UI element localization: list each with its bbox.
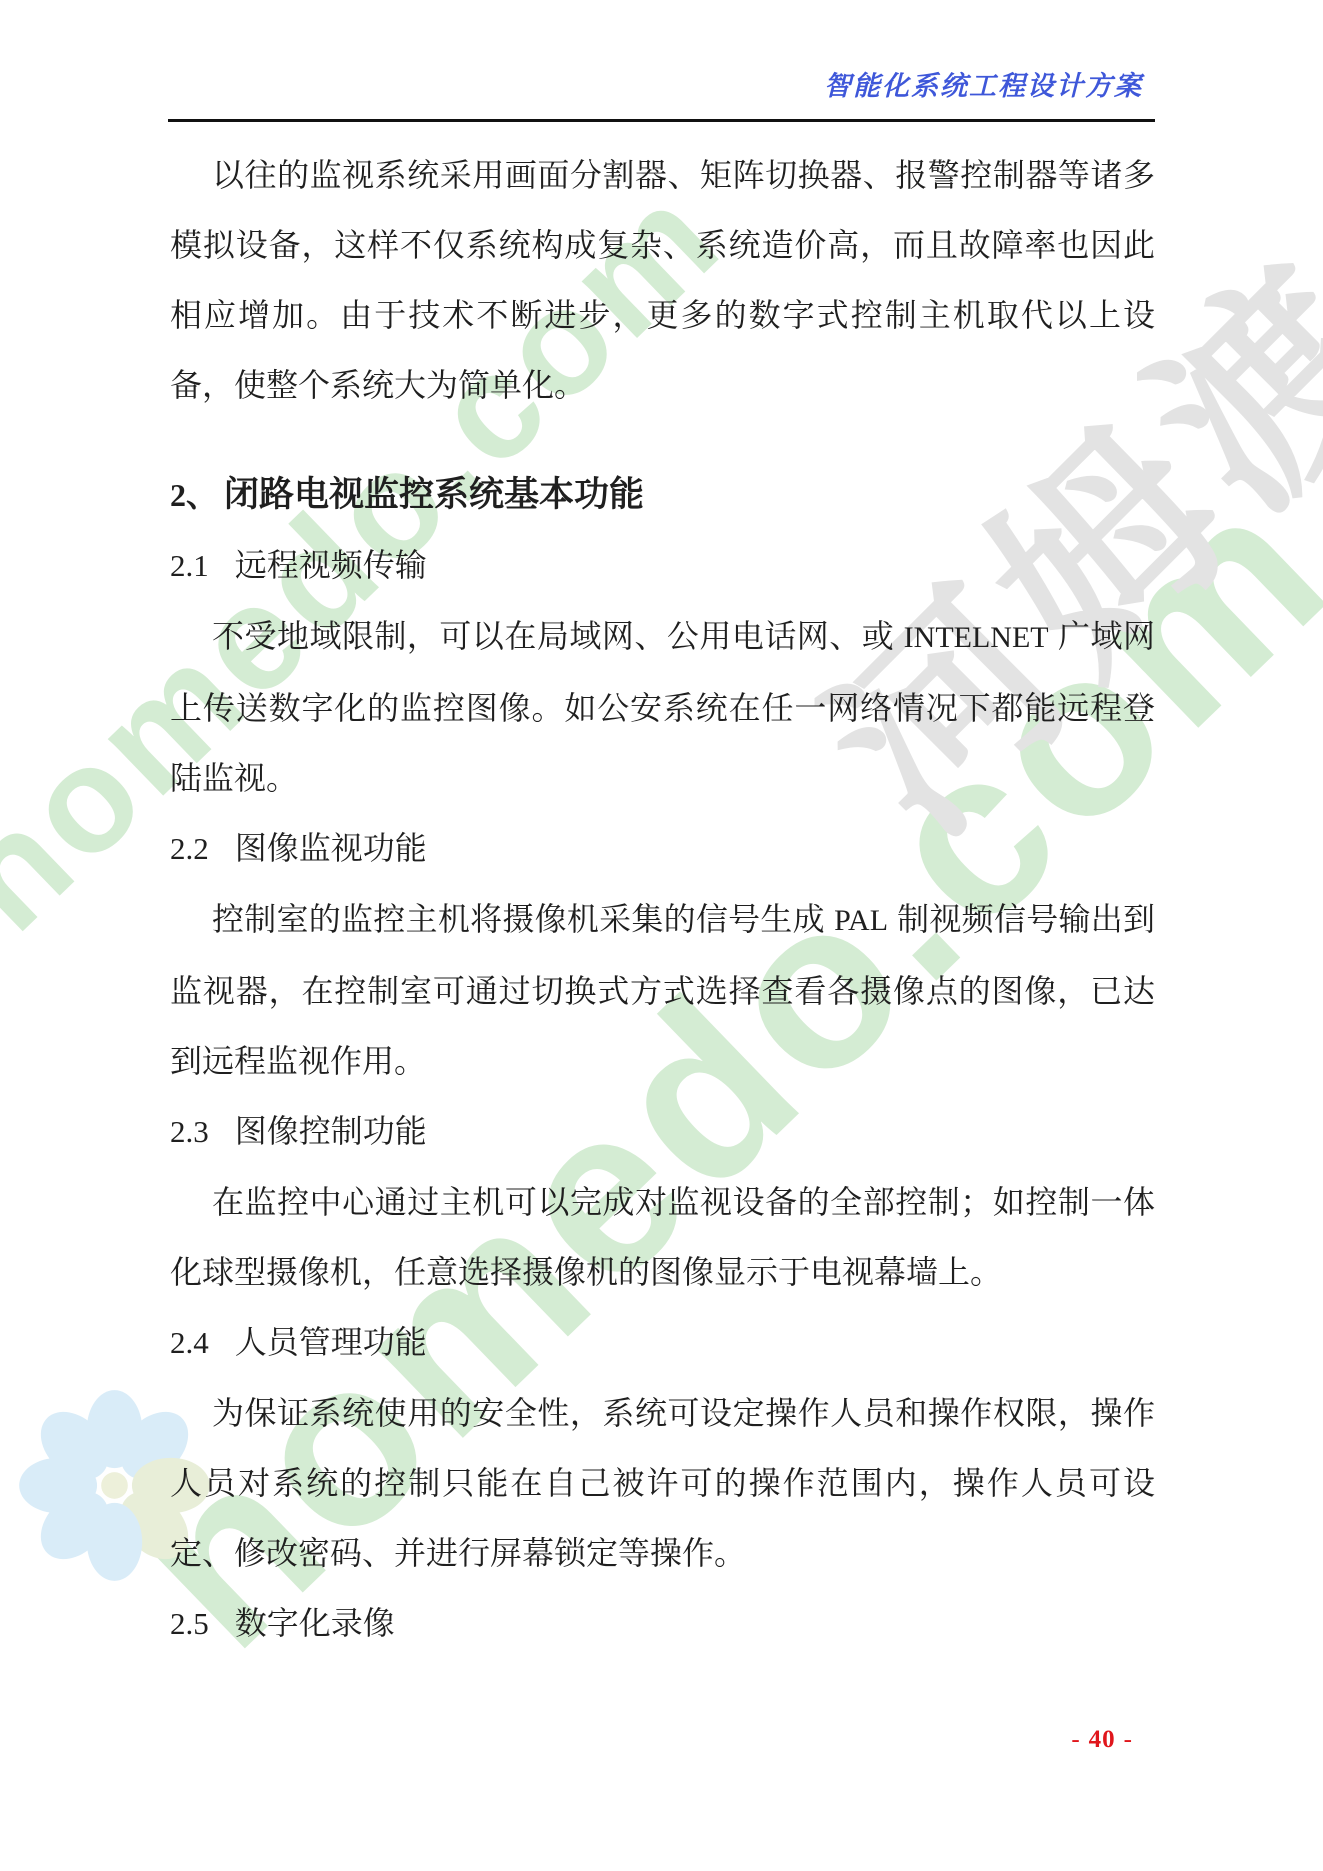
section-number: 2.3 <box>170 1114 209 1149</box>
latin-term: PAL <box>834 904 888 937</box>
section-title: 人员管理功能 <box>235 1324 427 1360</box>
chapter-heading: 2、闭路电视监控系统基本功能 <box>170 460 1155 530</box>
section-paragraph-2-3: 在监控中心通过主机可以完成对监视设备的全部控制；如控制一体化球型摄像机，任意选择… <box>170 1167 1155 1307</box>
section-number: 2.2 <box>170 831 209 866</box>
section-paragraph-2-1: 不受地域限制，可以在局域网、公用电话网、或 INTELNET 广域网上传送数字化… <box>170 601 1155 813</box>
section-title: 图像监视功能 <box>235 830 427 866</box>
section-heading-2-4: 2.4人员管理功能 <box>170 1307 1155 1378</box>
page-number-dash: - <box>1124 1726 1133 1753</box>
page-number-value: 40 <box>1089 1726 1116 1753</box>
section-title: 远程视频传输 <box>235 547 427 583</box>
page-header-title: 智能化系统工程设计方案 <box>824 64 1143 103</box>
chapter-number: 2、 <box>170 477 218 513</box>
section-number: 2.5 <box>170 1606 209 1641</box>
page-number: -40- <box>1071 1726 1133 1754</box>
section-number: 2.4 <box>170 1325 209 1360</box>
document-page: homedo.com homedo.com 河姆渡 智能化系统工程设计方案 以往… <box>0 0 1323 1871</box>
section-title: 图像控制功能 <box>235 1113 427 1149</box>
section-heading-2-5: 2.5数字化录像 <box>170 1588 1155 1659</box>
section-number: 2.1 <box>170 548 209 583</box>
page-number-dash: - <box>1071 1726 1080 1753</box>
section-title: 数字化录像 <box>235 1605 395 1641</box>
section-heading-2-3: 2.3图像控制功能 <box>170 1096 1155 1167</box>
document-body: 以往的监视系统采用画面分割器、矩阵切换器、报警控制器等诸多模拟设备，这样不仅系统… <box>170 140 1155 1659</box>
section-heading-2-1: 2.1远程视频传输 <box>170 530 1155 601</box>
paragraph-text: 控制室的监控主机将摄像机采集的信号生成 <box>212 901 834 937</box>
section-heading-2-2: 2.2图像监视功能 <box>170 813 1155 884</box>
paragraph-text: 不受地域限制，可以在局域网、公用电话网、或 <box>212 618 904 654</box>
intro-paragraph: 以往的监视系统采用画面分割器、矩阵切换器、报警控制器等诸多模拟设备，这样不仅系统… <box>170 140 1155 420</box>
section-paragraph-2-4: 为保证系统使用的安全性，系统可设定操作人员和操作权限，操作人员对系统的控制只能在… <box>170 1378 1155 1588</box>
latin-term: INTELNET <box>904 621 1049 654</box>
section-paragraph-2-2: 控制室的监控主机将摄像机采集的信号生成 PAL 制视频信号输出到监视器，在控制室… <box>170 884 1155 1096</box>
header-divider <box>168 119 1155 122</box>
chapter-title: 闭路电视监控系统基本功能 <box>224 475 644 514</box>
